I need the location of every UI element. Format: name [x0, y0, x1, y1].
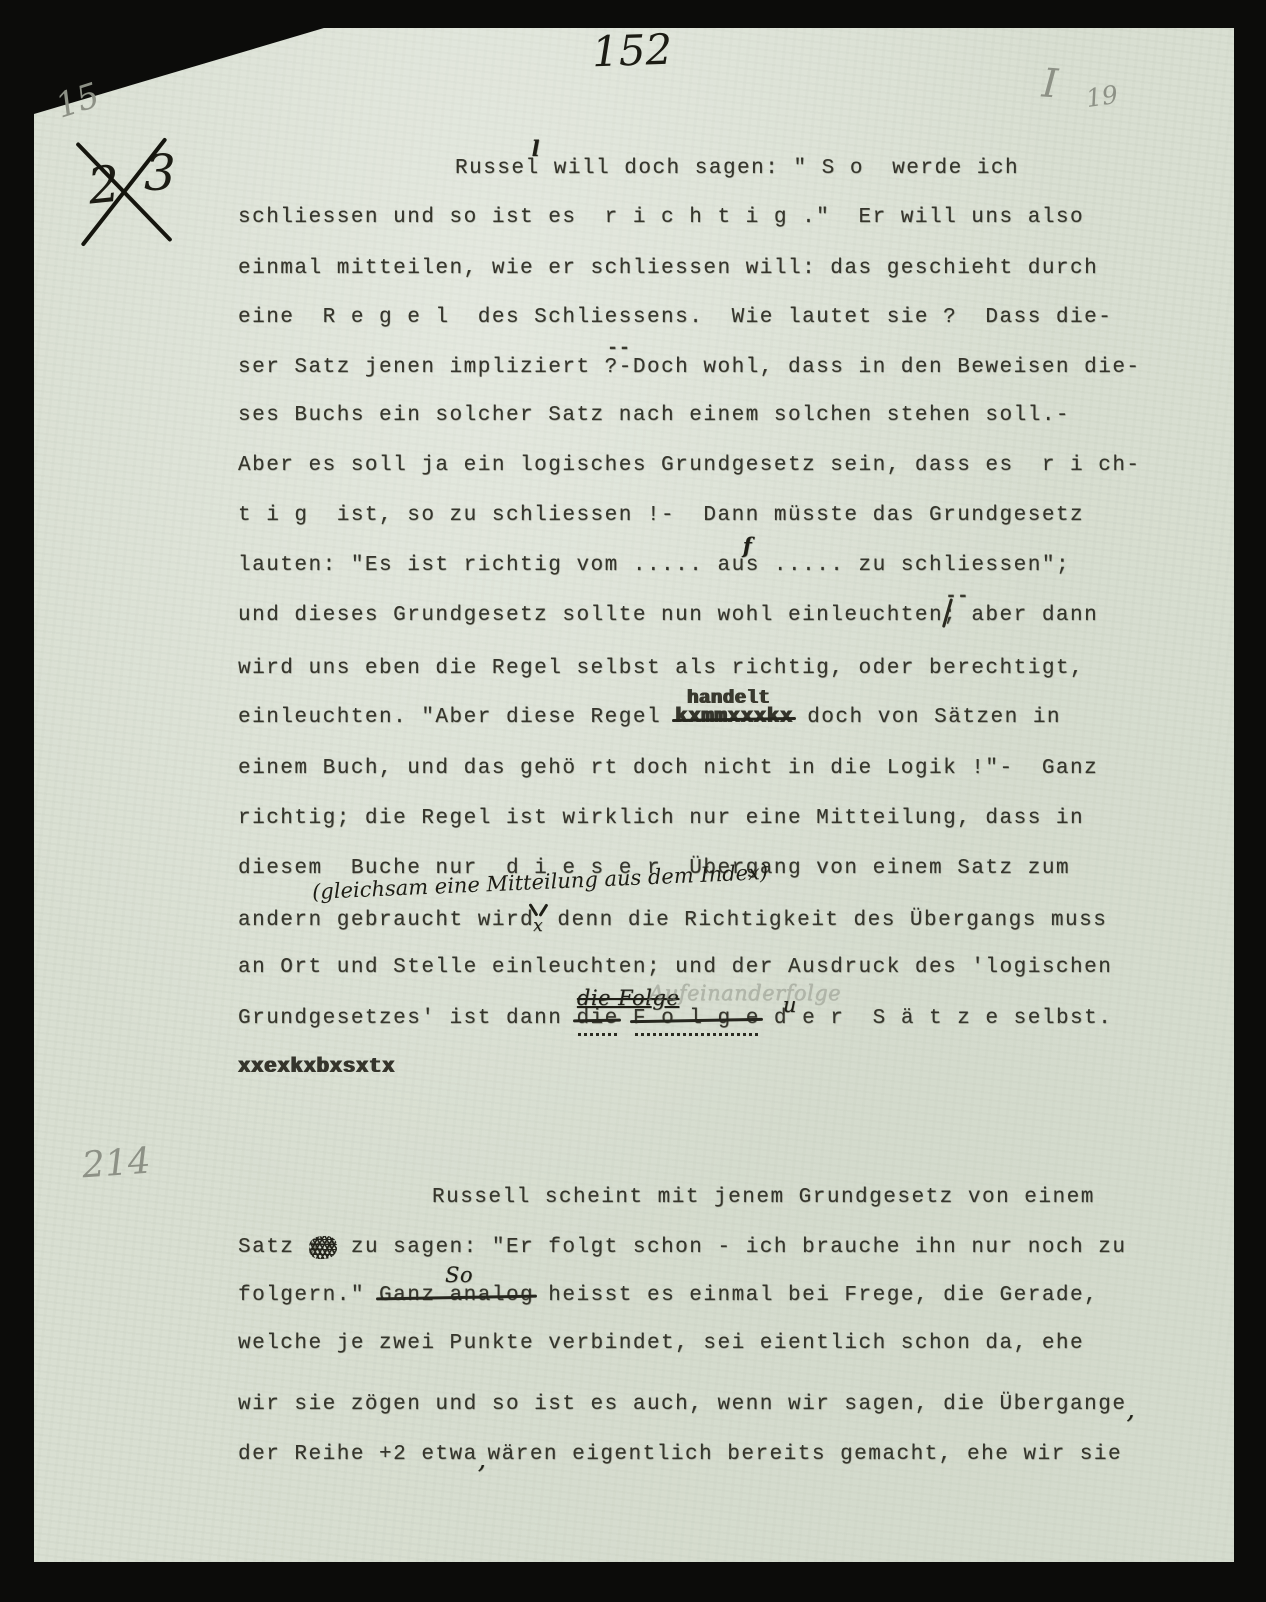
margin-number-15: 15 [52, 78, 104, 124]
interlinear-insertion-handwritten: (gleichsam eine Mitteilung aus dem Index… [312, 862, 769, 903]
handwritten-marks-layer: 152I191523214(gleichsam eine Mitteilung … [0, 0, 1266, 1602]
page-number: 152 [591, 29, 673, 74]
folio-index: 19 [1084, 82, 1119, 111]
scanned-typescript-photo: { "document": { "language": "German", "p… [0, 0, 1266, 1602]
folio-numeral: I [1041, 63, 1060, 104]
margin-number-214: 214 [81, 1144, 152, 1185]
crossout-x-mark [66, 128, 184, 256]
